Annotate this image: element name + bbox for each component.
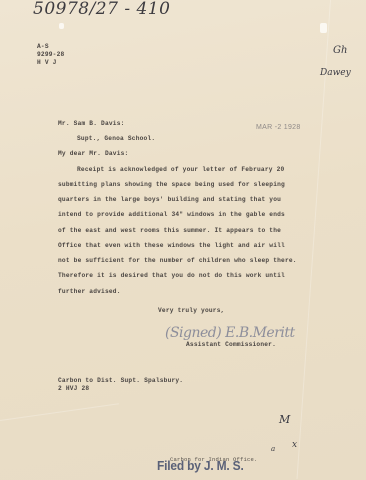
letter-page: 50978/27 - 410 A-S 9299-28 H V J Gh Dawe…: [0, 0, 366, 480]
paper-hole: [320, 23, 327, 33]
body-line: Office that even with these windows the …: [58, 242, 285, 249]
paper-crease: [0, 403, 119, 421]
salutation: My dear Mr. Davis:: [58, 150, 128, 157]
reference-code: A-S: [37, 43, 49, 50]
body-line: intend to provide additional 34" windows…: [58, 211, 285, 218]
reference-code: H V J: [37, 59, 57, 66]
closing: Very truly yours,: [158, 307, 225, 314]
pencil-mark: x: [292, 440, 297, 450]
body-line: further advised.: [58, 288, 121, 295]
addressee-name: Mr. Sam B. Davis:: [58, 120, 125, 127]
body-line: of the east and west rooms this summer. …: [58, 227, 281, 234]
signature-stamp: (Signed) E.B.Meritt: [165, 325, 295, 341]
reference-code: 9299-28: [37, 51, 64, 58]
body-line: not be sufficient for the number of chil…: [58, 257, 297, 264]
pencil-mark: M: [279, 413, 290, 426]
signer-title: Assistant Commissioner.: [186, 341, 276, 348]
typist-code: 2 HVJ 28: [58, 385, 89, 392]
file-number-handwritten: 50978/27 - 410: [33, 0, 170, 19]
paper-hole: [59, 23, 64, 29]
margin-initials: Gh: [333, 45, 347, 56]
filed-by-stamp: Filed by J. M. S.: [157, 458, 244, 473]
date-stamp: MAR -2 1928: [256, 124, 301, 131]
body-line: Therefore it is desired that you do not …: [58, 272, 285, 279]
body-line: quarters in the large boys' building and…: [58, 196, 281, 203]
margin-name: Dawey: [320, 68, 351, 78]
carbon-copy-note: Carbon to Dist. Supt. Spalsbury.: [58, 377, 183, 384]
addressee-title: Supt., Genoa School.: [77, 135, 155, 142]
body-line: submitting plans showing the space being…: [58, 181, 285, 188]
pencil-mark: a: [271, 445, 275, 453]
body-line: Receipt is acknowledged of your letter o…: [77, 166, 284, 173]
